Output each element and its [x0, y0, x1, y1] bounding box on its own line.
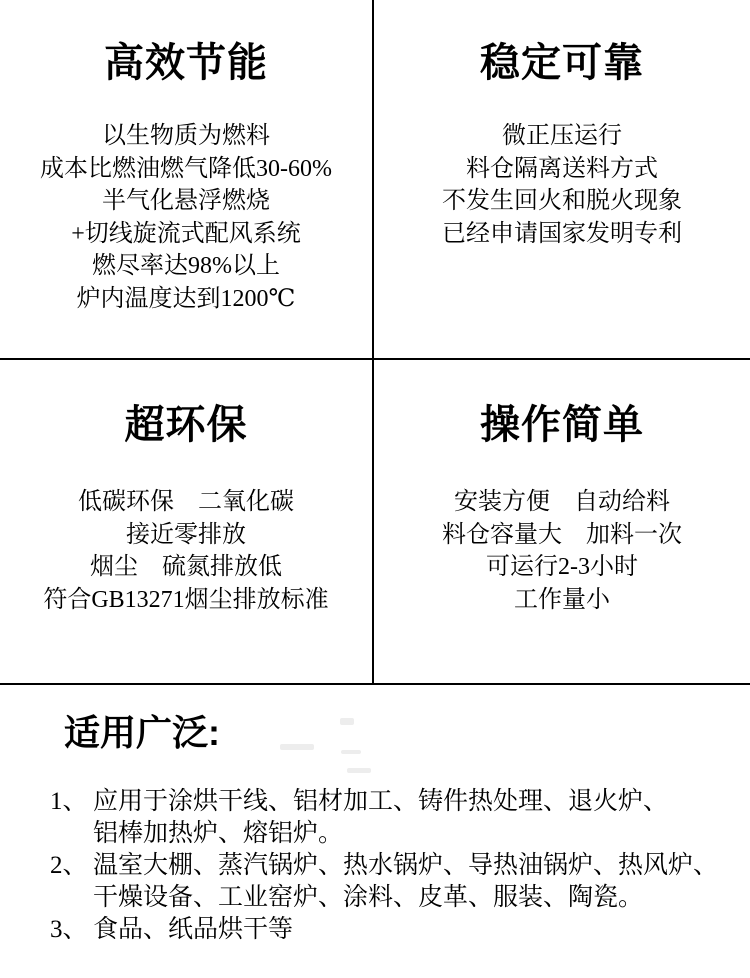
- feature-title: 高效节能: [0, 0, 372, 84]
- feature-line: 已经申请国家发明专利: [374, 218, 750, 251]
- list-item: 3、 食品、纸品烘干等: [50, 914, 750, 946]
- list-item-text: 食品、纸品烘干等: [93, 914, 293, 946]
- feature-line: 以生物质为燃料: [0, 120, 372, 153]
- feature-card-eco: 超环保 低碳环保 二氧化碳 接近零排放 烟尘 硫氮排放低 符合GB13271烟尘…: [0, 360, 372, 683]
- feature-line: +切线旋流式配风系统: [0, 218, 372, 251]
- feature-line: 接近零排放: [0, 519, 372, 552]
- horizontal-divider-mid: [0, 358, 750, 360]
- list-item-marker: 3、: [50, 914, 93, 946]
- feature-line: 半气化悬浮燃烧: [0, 185, 372, 218]
- feature-title: 稳定可靠: [374, 0, 750, 84]
- list-item: 2、 温室大棚、蒸汽锅炉、热水锅炉、导热油锅炉、热风炉、 干燥设备、工业窑炉、涂…: [50, 850, 750, 914]
- feature-card-efficiency: 高效节能 以生物质为燃料 成本比燃油燃气降低30-60% 半气化悬浮燃烧 +切线…: [0, 0, 372, 358]
- feature-line: 安装方便 自动给料: [374, 486, 750, 519]
- watermark-artifact: [347, 768, 371, 773]
- feature-card-operation: 操作简单 安装方便 自动给料 料仓容量大 加料一次 可运行2-3小时 工作量小: [374, 360, 750, 683]
- applications-section: 适用广泛: 1、 应用于涂烘干线、铝材加工、铸件热处理、退火炉、 铝棒加热炉、熔…: [0, 685, 750, 978]
- feature-line: 烟尘 硫氮排放低: [0, 551, 372, 584]
- list-item-text: 应用于涂烘干线、铝材加工、铸件热处理、退火炉、 铝棒加热炉、熔铝炉。: [93, 786, 668, 850]
- feature-line: 可运行2-3小时: [374, 551, 750, 584]
- feature-title: 超环保: [0, 360, 372, 446]
- feature-line: 料仓容量大 加料一次: [374, 519, 750, 552]
- feature-body: 低碳环保 二氧化碳 接近零排放 烟尘 硫氮排放低 符合GB13271烟尘排放标准: [0, 486, 372, 616]
- feature-line: 微正压运行: [374, 120, 750, 153]
- feature-line: 工作量小: [374, 584, 750, 617]
- list-item-text: 温室大棚、蒸汽锅炉、热水锅炉、导热油锅炉、热风炉、 干燥设备、工业窑炉、涂料、皮…: [93, 850, 718, 914]
- feature-title: 操作简单: [374, 360, 750, 446]
- list-item-line: 食品、纸品烘干等: [93, 914, 293, 946]
- list-item-marker: 1、: [50, 786, 93, 818]
- watermark-artifact: [341, 750, 361, 754]
- feature-line: 符合GB13271烟尘排放标准: [0, 584, 372, 617]
- feature-line: 成本比燃油燃气降低30-60%: [0, 153, 372, 186]
- list-item-marker: 2、: [50, 850, 93, 882]
- feature-line: 低碳环保 二氧化碳: [0, 486, 372, 519]
- applications-list: 1、 应用于涂烘干线、铝材加工、铸件热处理、退火炉、 铝棒加热炉、熔铝炉。 2、…: [50, 786, 750, 946]
- applications-title: 适用广泛:: [64, 713, 750, 753]
- feature-line: 燃尽率达98%以上: [0, 250, 372, 283]
- list-item-line: 干燥设备、工业窑炉、涂料、皮革、服装、陶瓷。: [93, 882, 718, 914]
- list-item-line: 应用于涂烘干线、铝材加工、铸件热处理、退火炉、: [93, 786, 668, 818]
- page: 高效节能 以生物质为燃料 成本比燃油燃气降低30-60% 半气化悬浮燃烧 +切线…: [0, 0, 750, 978]
- watermark-artifact: [280, 744, 314, 750]
- vertical-divider: [372, 0, 374, 685]
- feature-line: 料仓隔离送料方式: [374, 153, 750, 186]
- feature-card-reliability: 稳定可靠 微正压运行 料仓隔离送料方式 不发生回火和脱火现象 已经申请国家发明专…: [374, 0, 750, 358]
- list-item: 1、 应用于涂烘干线、铝材加工、铸件热处理、退火炉、 铝棒加热炉、熔铝炉。: [50, 786, 750, 850]
- feature-line: 炉内温度达到1200℃: [0, 283, 372, 316]
- feature-body: 以生物质为燃料 成本比燃油燃气降低30-60% 半气化悬浮燃烧 +切线旋流式配风…: [0, 120, 372, 315]
- feature-body: 安装方便 自动给料 料仓容量大 加料一次 可运行2-3小时 工作量小: [374, 486, 750, 616]
- list-item-line: 铝棒加热炉、熔铝炉。: [93, 818, 668, 850]
- feature-body: 微正压运行 料仓隔离送料方式 不发生回火和脱火现象 已经申请国家发明专利: [374, 120, 750, 250]
- list-item-line: 温室大棚、蒸汽锅炉、热水锅炉、导热油锅炉、热风炉、: [93, 850, 718, 882]
- watermark-artifact: [340, 718, 354, 725]
- feature-line: 不发生回火和脱火现象: [374, 185, 750, 218]
